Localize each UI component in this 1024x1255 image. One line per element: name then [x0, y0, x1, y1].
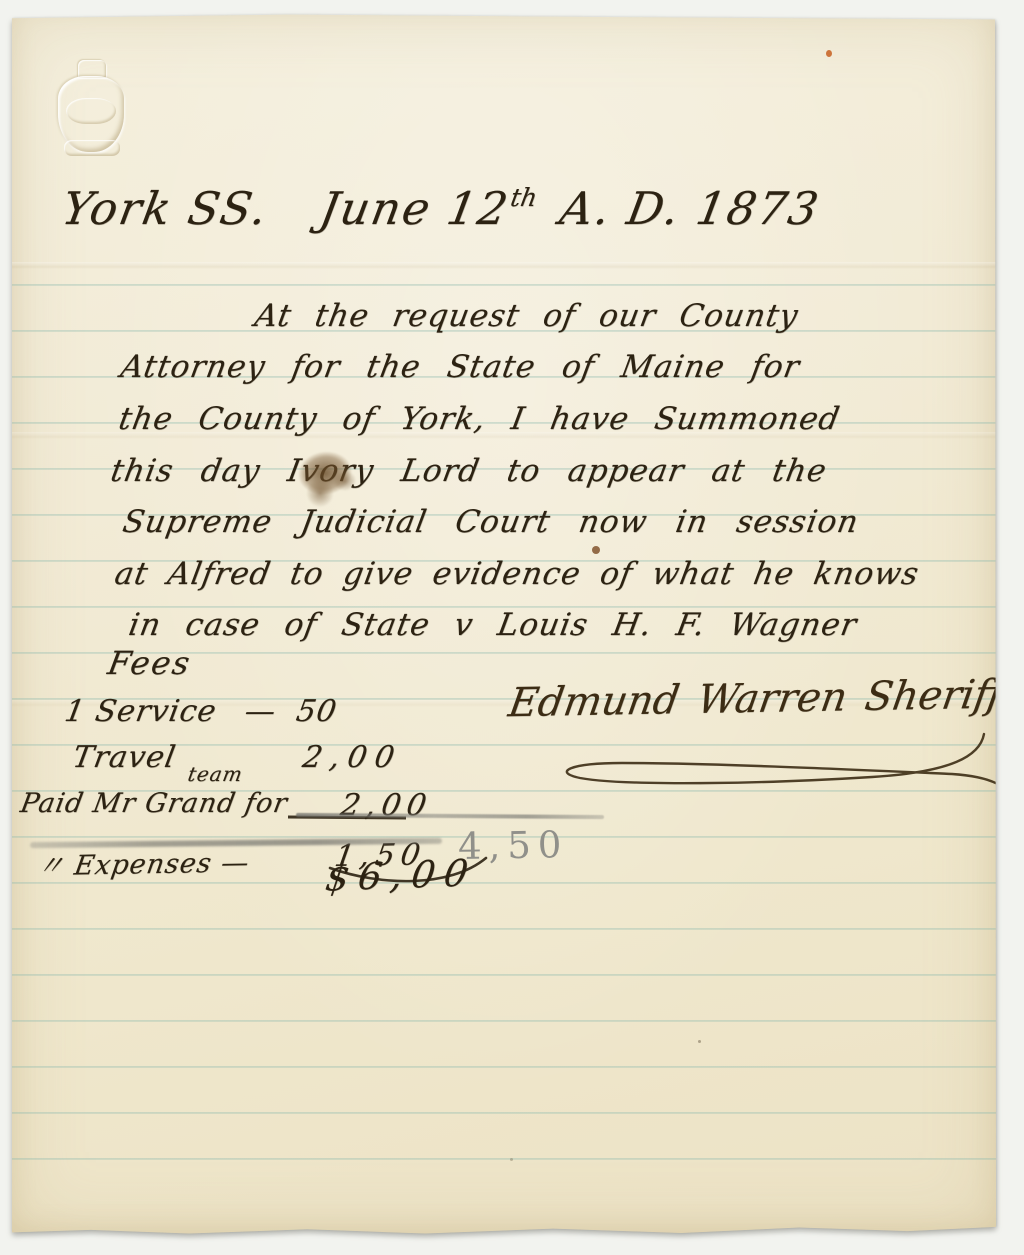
paper-speck	[592, 546, 600, 554]
body-line-1: At the request of our County	[252, 298, 795, 334]
seal-band	[66, 98, 116, 124]
interline-insertion: team	[186, 762, 241, 786]
seal-base	[64, 140, 120, 156]
ink-blot	[294, 444, 367, 511]
paper-speck	[826, 50, 832, 57]
signature: Edmund Warren Sheriff	[505, 672, 999, 727]
fold-crease	[12, 262, 996, 269]
dateline-date: June 12th	[316, 182, 540, 235]
scanned-document: York SS.June 12thA. D. 1873 At the reque…	[12, 14, 996, 1236]
fee-amount: — 50	[242, 694, 334, 729]
fee-label: 1 Service	[62, 694, 213, 729]
total-amount: $6,00	[321, 851, 473, 899]
fee-amount: 2,00	[300, 740, 399, 775]
paper-speck	[698, 1040, 701, 1043]
fees-heading: Fees	[105, 644, 188, 682]
embossed-seal-icon	[52, 60, 132, 164]
body-line-2: Attorney for the State of Maine for	[118, 349, 796, 385]
dateline-place: York SS.	[58, 182, 273, 235]
fee-label: Travel	[70, 740, 173, 775]
date-ordinal: th	[508, 183, 539, 212]
fee-row-travel: Travel 2,00	[12, 740, 996, 786]
dateline: York SS.June 12thA. D. 1873	[58, 182, 815, 235]
body-line-4: this day Ivory Lord to appear at the	[108, 453, 823, 489]
body-line-3: the County of York, I have Summoned	[116, 401, 837, 437]
paper-speck	[510, 1158, 513, 1161]
body-line-5: Supreme Judicial Court now in session	[120, 504, 855, 540]
body-line-6: at Alfred to give evidence of what he kn…	[112, 556, 916, 592]
document-page: York SS.June 12thA. D. 1873 At the reque…	[12, 14, 996, 1236]
dateline-year: A. D. 1873	[556, 182, 824, 235]
fee-label: Paid Mr Grand for	[18, 788, 285, 819]
body-line-7: in case of State v Louis H. F. Wagner	[126, 607, 854, 643]
